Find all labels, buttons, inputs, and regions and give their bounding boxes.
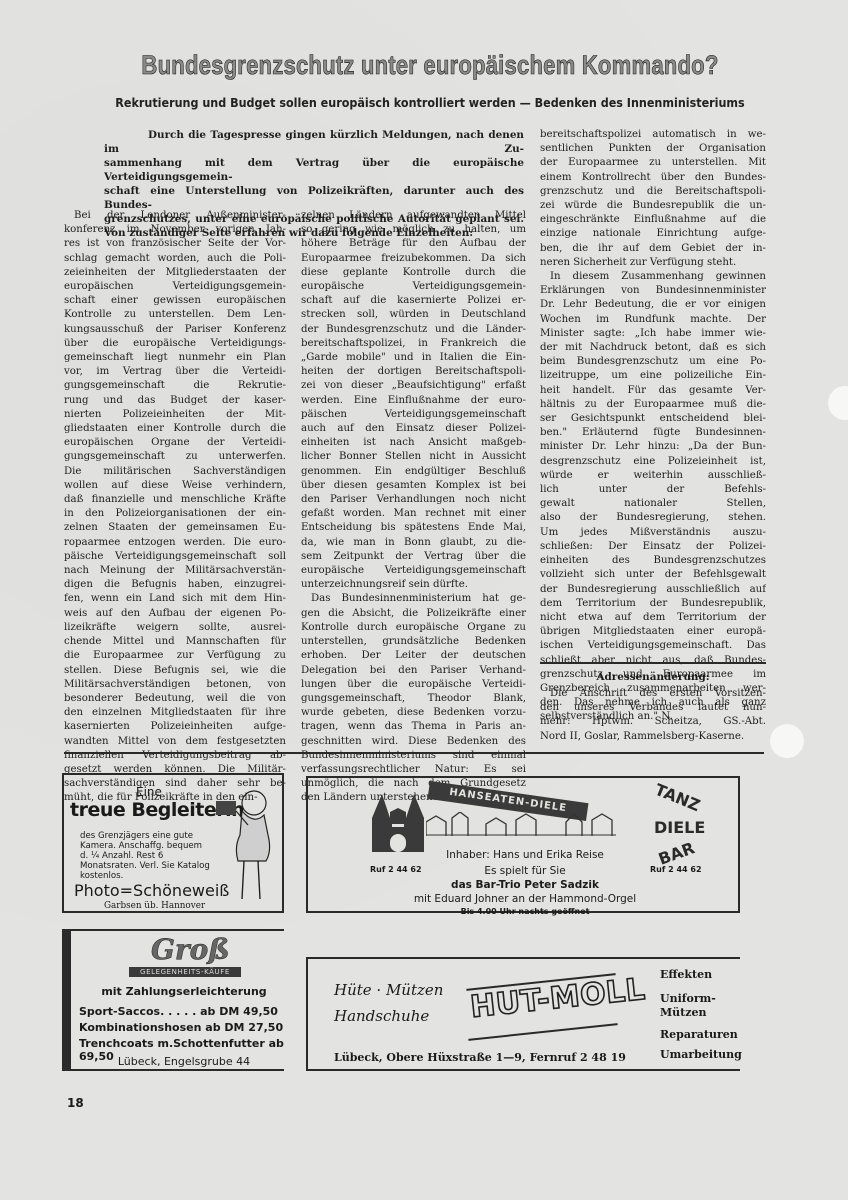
- text-line: hältnis zu der Europaarmee muß die-: [540, 398, 766, 412]
- text-line: sentlichen Punkten der Organisation: [540, 142, 766, 156]
- text-line: vor, im Vertrag über die Verteidi-: [64, 365, 286, 379]
- text-line: heiten der dortigen Bereitschaftspoli-: [301, 365, 526, 379]
- gross-item: Kombinationshosen ab DM 27,50: [79, 1021, 289, 1034]
- lead-line: Durch die Tagespresse gingen kürzlich Me…: [104, 128, 524, 156]
- text-line: europäischen Organe der Verteidi-: [64, 436, 286, 450]
- text-line: der mit Nachdruck betont, daß es sich: [540, 341, 766, 355]
- text-line: gliedstaaten einer Kontrolle durch die: [64, 422, 286, 436]
- notice-body: Die Anschrift des ersten Vorsitzen-den u…: [540, 687, 766, 744]
- diele-tanz: TANZ: [652, 780, 703, 815]
- ad-hanseaten-diele: HANSEATEN-DIELE TANZ DIELE BAR Inhaber: …: [306, 776, 740, 913]
- text-line: auch auf den Einsatz dieser Polizei-: [301, 422, 526, 436]
- ad-photo-location: Garbsen üb. Hannover: [104, 901, 205, 911]
- text-line: zeieinheiten der Mitgliederstaaten der: [64, 266, 286, 280]
- ad-photo-schoeneweiss: Eine treue Begleiterin des Grenzjägers e…: [62, 773, 284, 913]
- text-line: Um jedes Mißverständnis auszu-: [540, 526, 766, 540]
- text-line: daß finanzielle und menschliche Kräfte: [64, 493, 286, 507]
- text-line: zei würde die Bundesrepublik die un-: [540, 199, 766, 213]
- article-column-1: Bei der Londoner Außenminister-konferenz…: [64, 209, 286, 806]
- notice-title: Adressenänderung:: [540, 671, 766, 683]
- article-column-3: bereitschaftspolizei automatisch in we-s…: [540, 128, 766, 725]
- text-line: gemeinschaft liegt nunmehr ein Plan: [64, 351, 286, 365]
- text-line: wollen auf diese Weise verhindern,: [64, 479, 286, 493]
- text-line: erhoben. Der Leiter der deutschen: [301, 649, 526, 663]
- hut-service-reparaturen: Reparaturen: [660, 1028, 738, 1042]
- diele-organ: mit Eduard Johner an der Hammond-Orgel: [308, 893, 742, 905]
- text-line: lich unter der Befehls-: [540, 483, 766, 497]
- text-line: in den Polizeiorganisationen der ein-: [64, 507, 286, 521]
- text-line: mehr: Hptwm. Scheitza, GS.-Abt.: [540, 715, 766, 729]
- text-line: gewalt nationaler Stellen,: [540, 497, 766, 511]
- article-title: Bundesgrenzschutz unter europäischem Kom…: [127, 50, 734, 81]
- text-line: diese geplante Kontrolle durch die: [301, 266, 526, 280]
- text-line: neren Sicherheit zur Verfügung steht.: [540, 256, 766, 270]
- text-line: res ist von französischer Seite der Vor-: [64, 237, 286, 251]
- text-line: einheiten des Bundesgrenzschutzes: [540, 554, 766, 568]
- text-line: Kontrolle durch europäische Organe zu: [301, 621, 526, 635]
- text-line: ben." Erläuternd fügte Bundesinnen-: [540, 426, 766, 440]
- text-line: Wochen im Rundfunk machte. Der: [540, 313, 766, 327]
- hut-address: Lübeck, Obere Hüxstraße 1—9, Fernruf 2 4…: [334, 1051, 626, 1064]
- text-line: konferenz im November vorigen Jah-: [64, 223, 286, 237]
- text-line: lizeitruppe, um eine polizeiliche Ein-: [540, 369, 766, 383]
- hut-line1: Hüte · Mützen: [334, 981, 443, 999]
- text-line: minister Dr. Lehr hinzu: „Da der Bun-: [540, 440, 766, 454]
- text-line: ischen Verteidigungsgemeinschaft. Das: [540, 639, 766, 653]
- text-line: licher Bonner Stellen nicht in Aussicht: [301, 450, 526, 464]
- text-line: Delegation bei den Pariser Verhand-: [301, 664, 526, 678]
- text-line: unterzeichnungsreif sein dürfte.: [301, 578, 526, 592]
- text-line: eingeschränkte Einflußnahme auf die: [540, 213, 766, 227]
- text-line: beim Bundesgrenzschutz um eine Po-: [540, 355, 766, 369]
- text-line: finanziellen Verteidigungsbeitrag ab-: [64, 749, 286, 763]
- text-line: Dr. Lehr Bedeutung, die er vor einigen: [540, 298, 766, 312]
- ad-gross-gelegenheitskaeufe: Groß GELEGENHEITS-KÄUFE mit Zahlungserle…: [62, 929, 284, 1071]
- text-line: der Europaarmee zu unterstellen. Mit: [540, 156, 766, 170]
- hut-logo-rule-bottom: [468, 1023, 617, 1041]
- holstentor-icon: [368, 792, 428, 854]
- text-line: gungsgemeinschaft, Theodor Blank,: [301, 692, 526, 706]
- text-line: nach Meinung der Militärsachverstän-: [64, 564, 286, 578]
- article-subtitle: Rekrutierung und Budget sollen europäisc…: [86, 96, 774, 110]
- text-line: besonderer Bedeutung, weil die von: [64, 692, 286, 706]
- gross-band: GELEGENHEITS-KÄUFE: [129, 967, 241, 977]
- text-line: der Bundesregierung ausschließlich auf: [540, 583, 766, 597]
- text-line: schaft einer gewissen europäischen: [64, 294, 286, 308]
- text-line: den Pariser Verhandlungen noch nicht: [301, 493, 526, 507]
- section-divider: [64, 752, 764, 754]
- text-line: stellen. Diese Befugnis sei, wie die: [64, 664, 286, 678]
- text-line: der Bundesgrenzschutz und die Länder-: [301, 323, 526, 337]
- text-line: sem Zeitpunkt der Vertrag über die: [301, 550, 526, 564]
- newspaper-page: Bundesgrenzschutz unter europäischem Kom…: [0, 0, 848, 1200]
- gross-logo: Groß: [151, 933, 230, 966]
- text-line: zelnen Staaten der gemeinsamen Eu-: [64, 521, 286, 535]
- text-line: die Europaarmee zur Verfügung zu: [64, 649, 286, 663]
- text-line: also der Bundesregierung, stehen.: [540, 511, 766, 525]
- text-line: europäische Verteidigungsgemein-: [301, 280, 526, 294]
- punch-hole-top: [828, 386, 848, 420]
- text-line: kasernierten Polizeieinheiten aufge-: [64, 720, 286, 734]
- text-line: dem Territorium der Bundesrepublik,: [540, 597, 766, 611]
- diele-trio: das Bar-Trio Peter Sadzik: [308, 879, 742, 891]
- punch-hole-bottom: [770, 724, 804, 758]
- text-line: nicht etwa auf dem Territorium der: [540, 611, 766, 625]
- text-line: kungsausschuß der Pariser Konferenz: [64, 323, 286, 337]
- text-line: Die militärischen Sachverständigen: [64, 465, 286, 479]
- text-line: Die Anschrift des ersten Vorsitzen-: [540, 687, 766, 701]
- notice-divider: [540, 662, 766, 664]
- hut-service-effekten: Effekten: [660, 968, 712, 982]
- text-line: Erklärungen von Bundesinnenminister: [540, 284, 766, 298]
- ad-photo-eine: Eine: [136, 785, 162, 799]
- text-line: gen die Absicht, die Polizeikräfte einer: [301, 607, 526, 621]
- gross-item: Sport-Saccos. . . . . ab DM 49,50: [79, 1005, 289, 1018]
- diele-plays: Es spielt für Sie: [308, 865, 742, 877]
- text-line: ben, die ihr auf dem Gebiet der in-: [540, 242, 766, 256]
- text-line: vollzieht sich unter der Befehlsgewalt: [540, 568, 766, 582]
- text-line: über diesen gesamten Komplex ist bei: [301, 479, 526, 493]
- text-line: Minister sagte: „Ich habe immer wie-: [540, 327, 766, 341]
- text-line: europäischen Verteidigungsgemein-: [64, 280, 286, 294]
- text-line: zei von dieser „Beaufsichtigung" erfaßt: [301, 379, 526, 393]
- woman-with-camera-illustration: [214, 781, 284, 909]
- text-line: Nord II, Goslar, Rammelsberg-Kaserne.: [540, 730, 766, 744]
- text-line: einheiten ist nach Ansicht maßgeb-: [301, 436, 526, 450]
- text-line: unterstellen, grundsätzliche Bedenken: [301, 635, 526, 649]
- ad-photo-description: des Grenzjägers eine gute Kamera. Anscha…: [80, 831, 210, 881]
- text-line: würde er weiterhin ausschließ-: [540, 469, 766, 483]
- hut-service-uniform: Uniform-: [660, 992, 716, 1006]
- town-skyline-illustration: [426, 812, 616, 836]
- text-line: genommen. Ein endgültiger Beschluß: [301, 465, 526, 479]
- text-line: den unseres Verbandes lautet nun-: [540, 701, 766, 715]
- text-line: strecken soll, würden in Deutschland: [301, 308, 526, 322]
- text-line: lizeikräfte weigern sollte, ausrei-: [64, 621, 286, 635]
- text-line: gungsgemeinschaft die Rekrutie-: [64, 379, 286, 393]
- text-line: Entscheidung bis spätestens Ende Mai,: [301, 521, 526, 535]
- text-line: so gering wie möglich zu halten, um: [301, 223, 526, 237]
- gross-tagline: mit Zahlungserleichterung: [79, 985, 289, 998]
- text-line: päische Verteidigungsgemeinschaft soll: [64, 550, 286, 564]
- diele-hours: Bis 4.00 Uhr nachts geöffnet: [308, 907, 742, 916]
- text-line: gefaßt worden. Man rechnet mit einer: [301, 507, 526, 521]
- text-line: weis auf den Aufbau der eigenen Po-: [64, 607, 286, 621]
- text-line: nierten Polizeieinheiten der Mit-: [64, 408, 286, 422]
- text-line: geschnitten wird. Diese Bedenken des: [301, 735, 526, 749]
- text-line: Militärsachverständigen betonen, von: [64, 678, 286, 692]
- hut-moll-logo: HUT-MOLL: [469, 972, 647, 1025]
- text-line: einem Kontrollrecht über den Bundes-: [540, 171, 766, 185]
- text-line: übrigen Mitgliedstaaten einer europä-: [540, 625, 766, 639]
- text-line: wurde gebeten, diese Bedenken vorzu-: [301, 706, 526, 720]
- text-line: über die europäische Verteidigungs-: [64, 337, 286, 351]
- article-column-2: zelnen Ländern aufgewandten Mittelso ger…: [301, 209, 526, 806]
- text-line: schaft auf die kasernierte Polizei er-: [301, 294, 526, 308]
- lead-line: schaft eine Unterstellung von Polizeikrä…: [104, 184, 524, 212]
- hut-service-muetzen: Mützen: [660, 1006, 707, 1020]
- text-line: höhere Beträge für den Aufbau der: [301, 237, 526, 251]
- page-number: 18: [67, 1096, 84, 1110]
- text-line: da, wie man in Bonn glaubt, zu die-: [301, 536, 526, 550]
- text-line: fen, wenn ein Land sich mit dem Hin-: [64, 592, 286, 606]
- text-line: Bei der Londoner Außenminister-: [64, 209, 286, 223]
- text-line: gungsgemeinschaft zu unterwerfen.: [64, 450, 286, 464]
- gross-address: Lübeck, Engelsgrube 44: [79, 1055, 289, 1068]
- text-line: tragen, wenn das Thema in Paris an-: [301, 720, 526, 734]
- diele-owner: Inhaber: Hans und Erika Reise: [308, 849, 742, 861]
- text-line: Europaarmee freizubekommen. Da sich: [301, 252, 526, 266]
- text-line: digen die Befugnis haben, einzugrei-: [64, 578, 286, 592]
- text-line: schlag gemacht worden, auch die Poli-: [64, 252, 286, 266]
- text-line: den einzelnen Mitgliedstaaten für ihre: [64, 706, 286, 720]
- text-line: zelnen Ländern aufgewandten Mittel: [301, 209, 526, 223]
- text-line: päischen Verteidigungsgemeinschaft: [301, 408, 526, 422]
- hut-line2: Handschuhe: [334, 1007, 429, 1025]
- text-line: Kontrolle zu unterstellen. Dem Len-: [64, 308, 286, 322]
- text-line: schließen: Der Einsatz der Polizei-: [540, 540, 766, 554]
- text-line: schließt aber nicht aus, daß Bundes-: [540, 654, 766, 668]
- text-line: In diesem Zusammenhang gewinnen: [540, 270, 766, 284]
- diele-diele: DIELE: [654, 818, 705, 837]
- text-line: rung und das Budget der kaser-: [64, 394, 286, 408]
- text-line: desgrenzschutz eine Polizeieinheit ist,: [540, 455, 766, 469]
- text-line: Bundesinnenministeriums sind einmal: [301, 749, 526, 763]
- ad-photo-shop: Photo=Schöneweiß: [74, 881, 229, 900]
- text-line: grenzschutz und die Bereitschaftspoli-: [540, 185, 766, 199]
- text-line: chende Mittel und Mannschaften für: [64, 635, 286, 649]
- text-line: wandten Mittel von dem festgesetzten: [64, 735, 286, 749]
- text-line: ropaarmee entzogen werden. Die euro-: [64, 536, 286, 550]
- text-line: europäische Verteidigungsgemeinschaft: [301, 564, 526, 578]
- text-line: werden. Eine Einflußnahme der euro-: [301, 394, 526, 408]
- text-line: bereitschaftspolizei, in Frankreich die: [301, 337, 526, 351]
- text-line: ser Gesichtspunkt entscheidend blei-: [540, 412, 766, 426]
- text-line: verfassungsrechtlicher Natur: Es sei: [301, 763, 526, 777]
- hut-service-umarbeitung: Umarbeitung: [660, 1048, 742, 1062]
- text-line: „Garde mobile" und in Italien die Ein-: [301, 351, 526, 365]
- lead-line: sammenhang mit dem Vertrag über die euro…: [104, 156, 524, 184]
- text-line: bereitschaftspolizei automatisch in we-: [540, 128, 766, 142]
- text-line: Das Bundesinnenministerium hat ge-: [301, 592, 526, 606]
- text-line: heit handelt. Für das gesamte Ver-: [540, 384, 766, 398]
- text-line: lungen über die europäische Verteidi-: [301, 678, 526, 692]
- text-line: einzige nationale Einrichtung aufge-: [540, 227, 766, 241]
